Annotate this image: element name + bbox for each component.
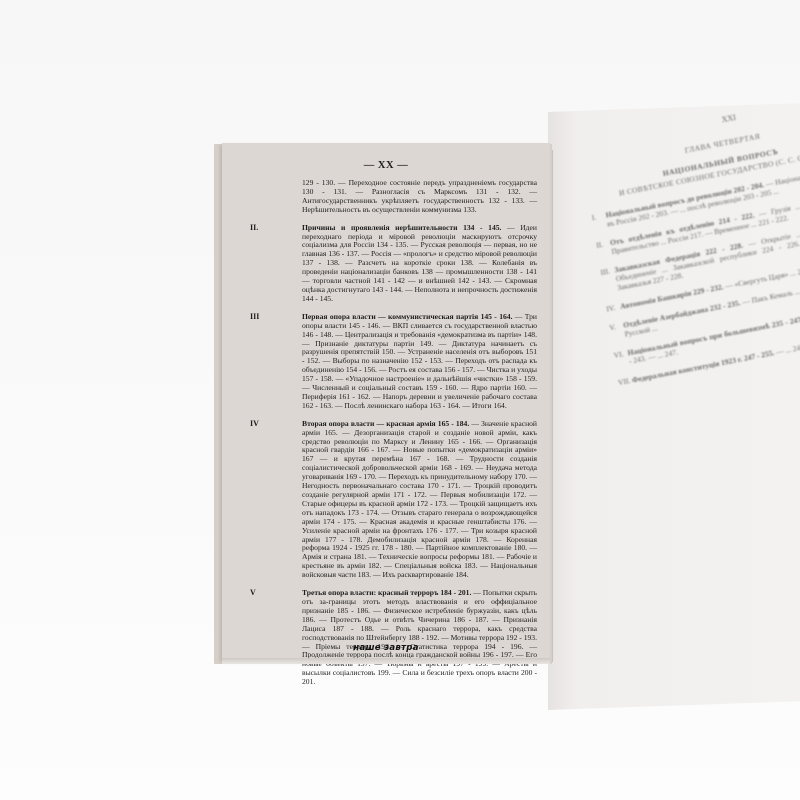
section-text: — Три опоры власти 145 - 146. — ВКП слив… xyxy=(302,312,537,410)
section-number: II. xyxy=(250,224,302,304)
continued-entry-text: 129 - 130. — Переходное состоянiе передъ… xyxy=(250,179,537,215)
section-heading: Вторая опора власти — красная армiя 165 … xyxy=(302,419,469,428)
left-page: — XX — 129 - 130. — Переходное состоянiе… xyxy=(222,143,550,660)
right-page-content: XXI ГЛАВА ЧЕТВЕРТАЯ НАЦIОНАЛЬНЫЙ ВОПРОСЪ… xyxy=(578,103,800,397)
section-heading: Третья опора власти: красный терроръ 184… xyxy=(302,588,471,597)
toc-section-iv: IV Вторая опора власти — красная армiя 1… xyxy=(250,420,537,580)
publisher-stamp: наше завтра xyxy=(222,643,550,653)
table-of-contents: 129 - 130. — Переходное состоянiе передъ… xyxy=(250,179,537,696)
entry-number: VII. xyxy=(617,376,632,388)
toc-section-ii: II. Причины и проявленiя нерѣшительности… xyxy=(250,224,537,304)
section-text: — Значенiе красной армiи 165. — Дезорган… xyxy=(302,419,537,579)
page-number: — XX — xyxy=(222,160,550,171)
entry-number: IV. xyxy=(606,302,621,314)
right-page-number: XXI xyxy=(619,103,800,144)
entry-text: — ... 247 ... 250 ... xyxy=(774,337,800,357)
section-number: IV xyxy=(250,420,302,580)
section-number: III xyxy=(250,313,302,411)
toc-section-iii: III Первая опора власти — коммунистическ… xyxy=(250,313,537,411)
toc-section-v: V Третья опора власти: красный терроръ 1… xyxy=(250,589,537,687)
section-heading: Причины и проявленiя нерѣшительности 134… xyxy=(302,223,501,232)
section-heading: Первая опора власти — коммунистическая п… xyxy=(302,312,512,321)
section-text: — Идеи переходнаго перiода и мiровой рев… xyxy=(302,223,537,303)
section-number: V xyxy=(250,589,302,687)
section-text: — Попытки скрыть отъ за-границы этотъ ме… xyxy=(302,588,537,686)
right-page: XXI ГЛАВА ЧЕТВЕРТАЯ НАЦIОНАЛЬНЫЙ ВОПРОСЪ… xyxy=(548,103,800,710)
